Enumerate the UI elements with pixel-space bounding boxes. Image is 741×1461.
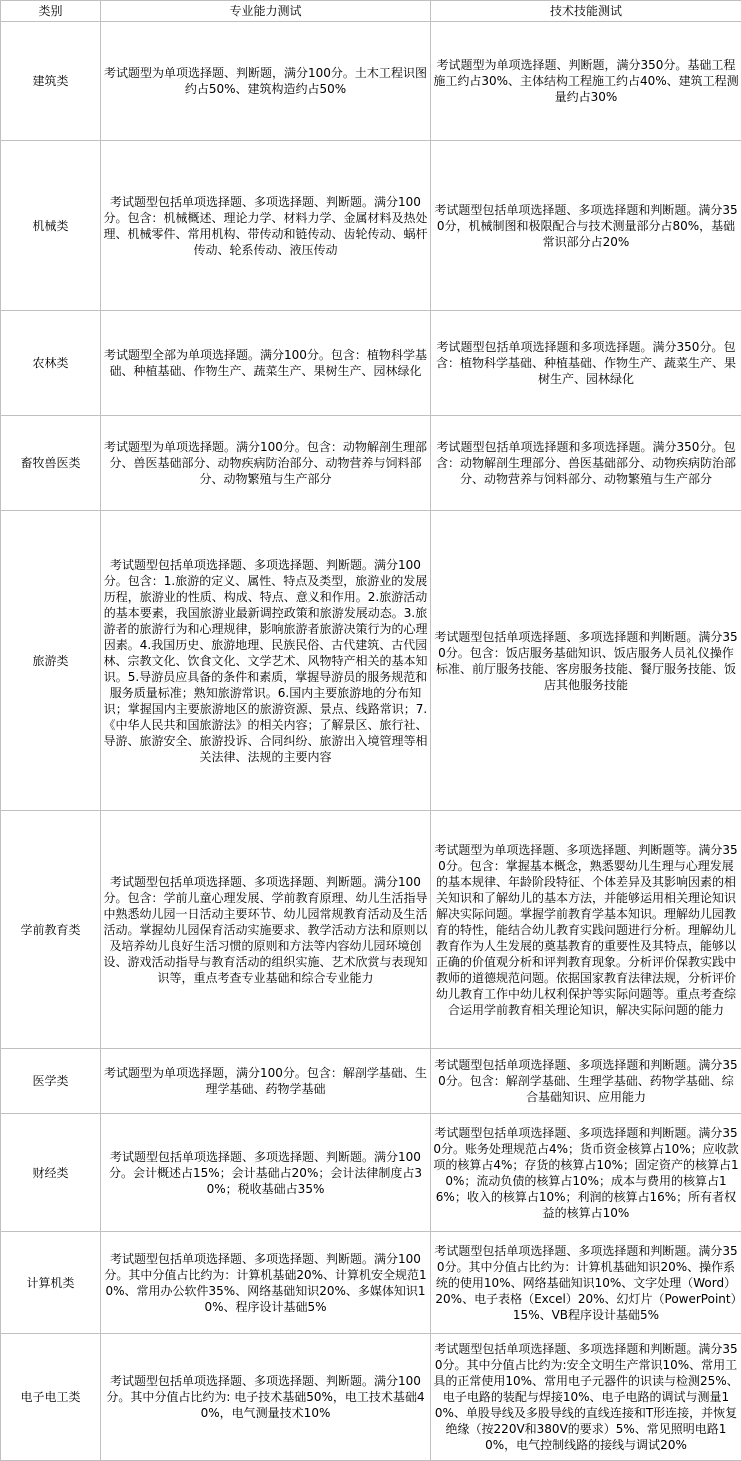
professional-test-cell: 考试题型全部为单项选择题。满分100分。包含：植物科学基础、种植基础、作物生产、… [101,311,431,416]
technical-test-cell: 考试题型包括单项选择题、多项选择题和判断题。满分350分。账务处理规范占4%；货… [431,1114,741,1232]
category-cell: 建筑类 [1,22,101,141]
table-row: 旅游类 考试题型包括单项选择题、多项选择题、判断题。满分100分。包含：1.旅游… [1,511,741,811]
table-row: 农林类 考试题型全部为单项选择题。满分100分。包含：植物科学基础、种植基础、作… [1,311,741,416]
professional-test-cell: 考试题型包括单项选择题、多项选择题、判断题。满分100分。包含：1.旅游的定义、… [101,511,431,811]
table-row: 医学类 考试题型为单项选择题，满分100分。包含：解剖学基础、生理学基础、药物学… [1,1049,741,1114]
exam-content-table: 类别 专业能力测试 技术技能测试 建筑类 考试题型为单项选择题、判断题，满分10… [0,0,741,1461]
category-cell: 学前教育类 [1,811,101,1049]
category-cell: 畜牧兽医类 [1,416,101,511]
category-cell: 农林类 [1,311,101,416]
technical-test-cell: 考试题型包括单项选择题、多项选择题和判断题。满分350分。包含：解剖学基础、生理… [431,1049,741,1114]
professional-test-cell: 考试题型包括单项选择题、多项选择题、判断题。满分100分。包含：机械概述、理论力… [101,141,431,311]
table-header-row: 类别 专业能力测试 技术技能测试 [1,1,741,22]
category-cell: 计算机类 [1,1232,101,1334]
table-row: 电子电工类 考试题型包括单项选择题、多项选择题、判断题。满分100分。其中分值占… [1,1334,741,1461]
category-cell: 医学类 [1,1049,101,1114]
table-row: 畜牧兽医类 考试题型为单项选择题。满分100分。包含：动物解剖生理部分、兽医基础… [1,416,741,511]
technical-test-cell: 考试题型包括单项选择题、多项选择题和判断题。满分350分。其中分值占比约为：计算… [431,1232,741,1334]
technical-test-cell: 考试题型包括单项选择题和多项选择题。满分350分。包含：植物科学基础、种植基础、… [431,311,741,416]
professional-test-cell: 考试题型包括单项选择题、多项选择题、判断题。满分100分。其中分值占比约为: 电… [101,1334,431,1461]
technical-test-cell: 考试题型为单项选择题、判断题，满分350分。基础工程施工约占30%、主体结构工程… [431,22,741,141]
category-cell: 机械类 [1,141,101,311]
table-row: 学前教育类 考试题型包括单项选择题、多项选择题、判断题。满分100分。包含：学前… [1,811,741,1049]
technical-test-cell: 考试题型包括单项选择题、多项选择题和判断题。满分350分，机械制图和极限配合与技… [431,141,741,311]
table-row: 财经类 考试题型包括单项选择题、多项选择题、判断题。满分100分。会计概述占15… [1,1114,741,1232]
category-cell: 旅游类 [1,511,101,811]
technical-test-cell: 考试题型包括单项选择题和多项选择题。满分350分。包含：动物解剖生理部分、兽医基… [431,416,741,511]
professional-test-cell: 考试题型为单项选择题、判断题，满分100分。土木工程识图约占50%、建筑构造约占… [101,22,431,141]
technical-test-cell: 考试题型为单项选择题、多项选择题、判断题等。满分350分。包含：掌握基本概念，熟… [431,811,741,1049]
technical-test-cell: 考试题型包括单项选择题、多项选择题和判断题。满分350分。其中分值占比约为:安全… [431,1334,741,1461]
professional-test-cell: 考试题型为单项选择题。满分100分。包含：动物解剖生理部分、兽医基础部分、动物疾… [101,416,431,511]
professional-test-cell: 考试题型包括单项选择题、多项选择题、判断题。满分100分。包含：学前儿童心理发展… [101,811,431,1049]
professional-test-cell: 考试题型包括单项选择题、多项选择题、判断题。满分100分。其中分值占比约为：计算… [101,1232,431,1334]
table-row: 机械类 考试题型包括单项选择题、多项选择题、判断题。满分100分。包含：机械概述… [1,141,741,311]
header-professional-test: 专业能力测试 [101,1,431,22]
table-row: 建筑类 考试题型为单项选择题、判断题，满分100分。土木工程识图约占50%、建筑… [1,22,741,141]
table-row: 计算机类 考试题型包括单项选择题、多项选择题、判断题。满分100分。其中分值占比… [1,1232,741,1334]
category-cell: 电子电工类 [1,1334,101,1461]
header-technical-test: 技术技能测试 [431,1,741,22]
category-cell: 财经类 [1,1114,101,1232]
professional-test-cell: 考试题型包括单项选择题、多项选择题、判断题。满分100分。会计概述占15%；会计… [101,1114,431,1232]
header-category: 类别 [1,1,101,22]
technical-test-cell: 考试题型包括单项选择题、多项选择题和判断题。满分350分。包含：饭店服务基础知识… [431,511,741,811]
professional-test-cell: 考试题型为单项选择题，满分100分。包含：解剖学基础、生理学基础、药物学基础 [101,1049,431,1114]
